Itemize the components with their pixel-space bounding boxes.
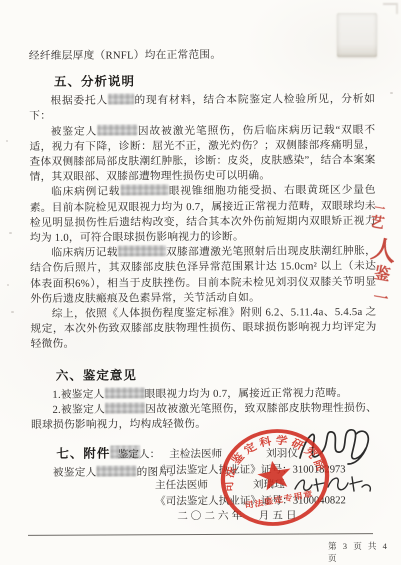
scan-speck [7, 284, 9, 286]
paragraph-text: 临床病例记载 [51, 186, 120, 198]
examiner1-title: 主检法医师 [169, 449, 222, 460]
paragraph-text: 2.被鉴定人 [52, 403, 105, 415]
redaction-blur [105, 402, 145, 413]
heading-text: 七、附件 [56, 447, 110, 461]
paragraph-text: 被鉴定人 [51, 125, 98, 137]
redaction-blur [108, 94, 134, 105]
paragraph-text: 被鉴定人 [53, 467, 97, 479]
paragraph-conclusion: 综上，依照《人体损伤程度鉴定标准》附则 6.2、5.11.4a、5.4.5a 之… [30, 305, 376, 353]
scan-speck [9, 232, 12, 234]
scanned-document-page: 经纤维层厚度（RNFL）均在正常范围。 五、分析说明 根据委托人的现有材料，结合… [0, 0, 401, 565]
scan-speck [11, 311, 14, 313]
examiner2-name: 刘瑞珏 [253, 480, 285, 491]
margin-red-mark: 一 [373, 203, 386, 216]
paragraph-knee-findings: 临床病历记载双膝部遭激光笔照射后出现皮肤潮红肿胀，结合伤后照片，其双膝部皮肤色泽… [30, 244, 376, 307]
signoff-label: 鉴定人： [118, 449, 160, 460]
redaction-blur [105, 387, 145, 398]
section5-heading: 五、分析说明 [29, 72, 375, 91]
margin-red-mark: 一 [372, 291, 387, 308]
section6-heading: 六、鉴定意见 [31, 366, 377, 385]
examiner1-name: 刘羽仪 [266, 449, 298, 460]
paragraph-injury-history: 被鉴定人因故被激光笔照伤，伤后临床病历记载“双眼不适，视力有下降，诊断：屈光不正… [29, 123, 375, 186]
margin-red-mark: 鉴 [373, 266, 392, 285]
redaction-blur [118, 245, 166, 256]
margin-red-mark: 人 [369, 237, 398, 266]
handwritten-signature-2 [292, 471, 374, 504]
paragraph-eye-findings: 临床病例记载眼视锥细胞功能受损、右眼黄斑区少量色素。目前本院检见双眼视力均为 0… [30, 183, 376, 246]
scan-speck [390, 92, 393, 94]
redaction-blur [97, 124, 137, 135]
footer-divider [28, 533, 373, 536]
page-number: 第 3 页 共 4 页 [328, 540, 401, 564]
continuation-line: 经纤维层厚度（RNFL）均在正常范围。 [29, 47, 375, 64]
handwritten-signature-1 [296, 424, 374, 473]
paragraph-text: 1.被鉴定人 [52, 388, 104, 400]
scan-speck [6, 140, 8, 142]
document-body: 经纤维层厚度（RNFL）均在正常范围。 五、分析说明 根据委托人的现有材料，结合… [0, 0, 401, 482]
paragraph-text: 眼眼视力均为 0.7，属接近正常视力范畴。 [145, 387, 348, 400]
redaction-blur [120, 185, 168, 196]
margin-red-mark: 艺 [369, 216, 385, 232]
paragraph-analysis-intro: 根据委托人的现有材料，结合本院鉴定人检验所见，分析如下： [29, 92, 375, 125]
paragraph-text: 根据委托人 [51, 95, 108, 107]
report-date: 二〇二六年 月五日 [177, 509, 346, 526]
paragraph-text: 临床病历记载 [51, 247, 117, 259]
examiner2-title: 主任法医师 [155, 480, 208, 491]
